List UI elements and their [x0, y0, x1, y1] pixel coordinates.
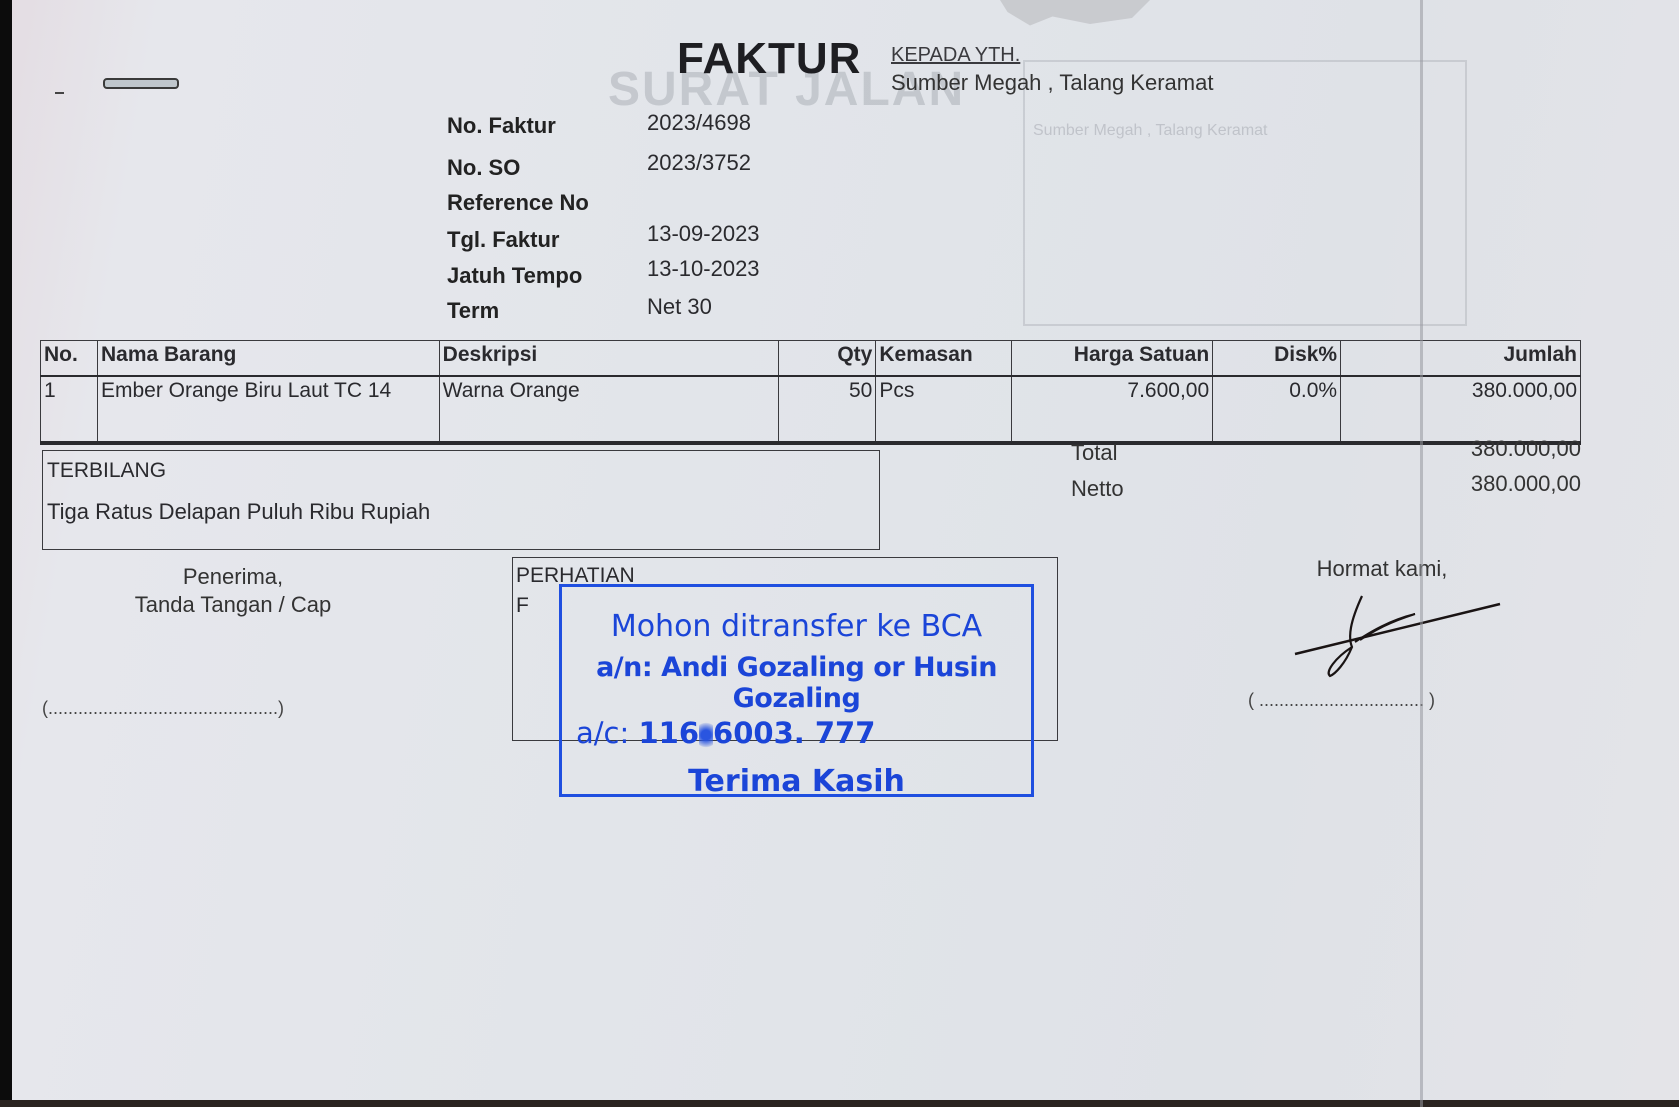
recipient-label: KEPADA YTH.: [891, 44, 1020, 67]
sender-closing: Hormat kami,: [1232, 556, 1532, 582]
field-label-no-faktur: No. Faktur: [447, 113, 556, 139]
field-label-jatuh-tempo: Jatuh Tempo: [447, 263, 582, 289]
field-value-no-so: 2023/3752: [647, 150, 751, 176]
cell-disk: 0.0%: [1213, 376, 1341, 443]
field-value-tgl-faktur: 13-09-2023: [647, 221, 760, 247]
scan-edge-bottom: [0, 1100, 1679, 1107]
col-header-deskripsi: Deskripsi: [439, 341, 779, 377]
col-header-kemasan: Kemasan: [876, 341, 1012, 377]
cell-deskripsi: Warna Orange: [439, 376, 779, 443]
items-table: No. Nama Barang Deskripsi Qty Kemasan Ha…: [40, 340, 1581, 445]
terbilang-box: TERBILANG Tiga Ratus Delapan Puluh Ribu …: [42, 450, 880, 550]
field-label-no-so: No. SO: [447, 155, 520, 181]
ghost-recipient: Sumber Megah , Talang Keramat: [1033, 122, 1268, 140]
signature-icon: [1290, 592, 1515, 682]
recipient-name: Sumber Megah , Talang Keramat: [891, 70, 1213, 96]
receiver-signature-line: (.......................................…: [42, 698, 284, 719]
cell-nama-barang: Ember Orange Biru Laut TC 14: [97, 376, 439, 443]
ink-smudge: [699, 720, 713, 750]
field-label-reference-no: Reference No: [447, 190, 589, 216]
ghost-recipient-box: [1023, 60, 1467, 326]
table-row: 1 Ember Orange Biru Laut TC 14 Warna Ora…: [41, 376, 1581, 443]
receiver-subtitle: Tanda Tangan / Cap: [83, 592, 383, 618]
stamp-line-thanks: Terima Kasih: [562, 764, 1031, 799]
bank-transfer-stamp: Mohon ditransfer ke BCA a/n: Andi Gozali…: [559, 584, 1034, 797]
stamp-line-account-number: a/c: 1166003. 777: [562, 716, 1031, 750]
account-part2: 6003. 777: [713, 716, 875, 750]
cell-no: 1: [41, 376, 98, 443]
field-label-tgl-faktur: Tgl. Faktur: [447, 227, 559, 253]
document-title: FAKTUR: [677, 34, 861, 84]
receiver-title: Penerima,: [83, 564, 383, 590]
terbilang-label: TERBILANG: [47, 459, 166, 483]
paper-fold-line: [1420, 0, 1423, 1107]
field-value-term: Net 30: [647, 294, 712, 320]
col-header-no: No.: [41, 341, 98, 377]
col-header-nama-barang: Nama Barang: [97, 341, 439, 377]
sender-signature-line: ( ................................. ): [1248, 690, 1435, 711]
perhatian-note: F: [516, 594, 529, 618]
netto-label: Netto: [1071, 476, 1124, 502]
cell-jumlah: 380.000,00: [1341, 376, 1581, 443]
field-value-jatuh-tempo: 13-10-2023: [647, 256, 760, 282]
field-value-no-faktur: 2023/4698: [647, 110, 751, 136]
field-label-term: Term: [447, 298, 499, 324]
total-label: Total: [1071, 440, 1117, 466]
stamp-line-transfer: Mohon ditransfer ke BCA: [562, 609, 1031, 644]
total-value: 380.000,00: [1471, 436, 1581, 462]
netto-value: 380.000,00: [1471, 471, 1581, 497]
scan-edge: [0, 0, 12, 1107]
account-prefix: a/c:: [576, 716, 638, 750]
terbilang-text: Tiga Ratus Delapan Puluh Ribu Rupiah: [47, 499, 430, 525]
col-header-harga-satuan: Harga Satuan: [1012, 341, 1213, 377]
table-header-row: No. Nama Barang Deskripsi Qty Kemasan Ha…: [41, 341, 1581, 377]
col-header-disk: Disk%: [1213, 341, 1341, 377]
account-part1: 116: [638, 716, 699, 750]
col-header-qty: Qty: [779, 341, 876, 377]
cell-harga-satuan: 7.600,00: [1012, 376, 1213, 443]
cell-qty: 50: [779, 376, 876, 443]
cell-kemasan: Pcs: [876, 376, 1012, 443]
punch-mark: [55, 92, 64, 94]
stamp-line-account-name: a/n: Andi Gozaling or Husin Gozaling: [562, 652, 1031, 714]
col-header-jumlah: Jumlah: [1341, 341, 1581, 377]
staple-icon: [103, 78, 179, 89]
